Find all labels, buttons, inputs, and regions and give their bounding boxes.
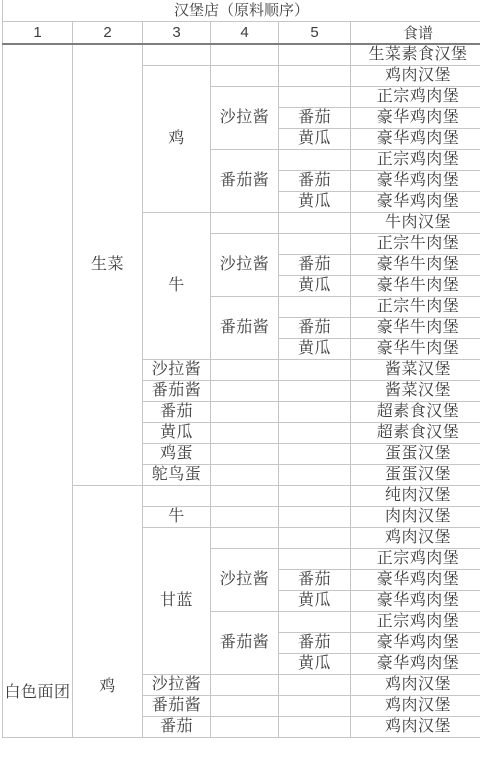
empty-cell[interactable] xyxy=(279,360,351,381)
cell-text: 豪华鸡肉堡 xyxy=(377,172,460,189)
empty-cell[interactable] xyxy=(211,213,279,234)
cell-text: 黄瓜 xyxy=(298,130,331,147)
empty-cell[interactable] xyxy=(279,423,351,444)
cell-text: 超素食汉堡 xyxy=(377,403,460,420)
empty-cell[interactable] xyxy=(211,465,279,486)
cell-text: 番茄酱 xyxy=(220,634,270,651)
cell-text: 超素食汉堡 xyxy=(377,424,460,441)
ingredient-cell[interactable]: 番茄 xyxy=(279,108,351,129)
ingredient-cell[interactable]: 牛 xyxy=(143,213,211,360)
cell-text: 酱菜汉堡 xyxy=(385,361,451,378)
cell-text: 甘蓝 xyxy=(160,592,193,609)
recipe-cell[interactable]: 超素食汉堡 xyxy=(351,402,480,423)
cell-text: 鸡 xyxy=(168,130,185,147)
empty-cell[interactable] xyxy=(211,423,279,444)
cell-text: 蛋蛋汉堡 xyxy=(385,466,451,483)
empty-cell[interactable] xyxy=(279,612,351,633)
cell-text: 豪华鸡肉堡 xyxy=(377,592,460,609)
cell-text: 沙拉酱 xyxy=(220,109,270,126)
recipe-cell[interactable]: 豪华牛肉堡 xyxy=(351,318,480,339)
cell-text: 番茄酱 xyxy=(152,697,202,714)
ingredient-cell[interactable]: 黄瓜 xyxy=(279,339,351,360)
empty-cell[interactable] xyxy=(279,444,351,465)
ingredient-cell[interactable]: 番茄 xyxy=(279,570,351,591)
recipe-cell[interactable]: 正宗牛肉堡 xyxy=(351,297,480,318)
empty-cell[interactable] xyxy=(143,44,211,66)
empty-cell[interactable] xyxy=(211,444,279,465)
ingredient-cell[interactable]: 番茄酱 xyxy=(143,381,211,402)
column-header[interactable]: 1 xyxy=(3,22,73,45)
cell-text: 番茄 xyxy=(160,718,193,735)
ingredient-cell[interactable]: 番茄酱 xyxy=(143,696,211,717)
ingredient-cell[interactable]: 鸡蛋 xyxy=(143,444,211,465)
table-header: 1 2 3 4 5 食谱 xyxy=(3,22,480,45)
empty-cell[interactable] xyxy=(211,381,279,402)
recipe-cell[interactable]: 鸡肉汉堡 xyxy=(351,717,480,738)
column-header[interactable]: 食谱 xyxy=(351,22,480,45)
cell-text: 黄瓜 xyxy=(298,340,331,357)
ingredient-cell[interactable]: 鸡 xyxy=(73,486,143,738)
cell-text: 鸡肉汉堡 xyxy=(385,718,451,735)
recipe-cell[interactable]: 豪华鸡肉堡 xyxy=(351,591,480,612)
cell-text: 番茄 xyxy=(160,403,193,420)
cell-text: 正宗鸡肉堡 xyxy=(377,151,460,168)
recipe-cell[interactable]: 鸡肉汉堡 xyxy=(351,696,480,717)
recipe-cell[interactable]: 蛋蛋汉堡 xyxy=(351,465,480,486)
column-header[interactable]: 5 xyxy=(279,22,351,45)
empty-cell[interactable] xyxy=(279,549,351,570)
ingredient-cell[interactable]: 番茄 xyxy=(279,633,351,654)
empty-cell[interactable] xyxy=(279,717,351,738)
cell-text: 豪华牛肉堡 xyxy=(377,319,460,336)
recipe-cell[interactable]: 鸡肉汉堡 xyxy=(351,66,480,87)
recipe-cell[interactable]: 牛肉汉堡 xyxy=(351,213,480,234)
sheet-title[interactable]: 汉堡店（原料顺序） xyxy=(2,0,480,21)
table-row: 鸡纯肉汉堡 xyxy=(3,486,480,507)
recipe-cell[interactable]: 正宗鸡肉堡 xyxy=(351,87,480,108)
cell-text: 番茄 xyxy=(298,172,331,189)
cell-text: 生菜素食汉堡 xyxy=(368,46,467,63)
empty-cell[interactable] xyxy=(211,44,279,66)
cell-text: 正宗牛肉堡 xyxy=(377,298,460,315)
recipe-cell[interactable]: 豪华牛肉堡 xyxy=(351,255,480,276)
empty-cell[interactable] xyxy=(211,696,279,717)
ingredient-cell[interactable]: 黄瓜 xyxy=(279,591,351,612)
cell-text: 黄瓜 xyxy=(298,592,331,609)
recipe-cell[interactable]: 豪华鸡肉堡 xyxy=(351,654,480,675)
empty-cell[interactable] xyxy=(211,675,279,696)
empty-cell[interactable] xyxy=(211,507,279,528)
cell-text: 豪华鸡肉堡 xyxy=(377,109,460,126)
cell-text: 鸵鸟蛋 xyxy=(152,466,202,483)
ingredient-cell[interactable]: 番茄 xyxy=(279,255,351,276)
cell-text: 番茄酱 xyxy=(220,319,270,336)
cell-text: 正宗牛肉堡 xyxy=(377,235,460,252)
ingredient-cell[interactable]: 番茄酱 xyxy=(211,297,279,360)
recipe-cell[interactable]: 鸡肉汉堡 xyxy=(351,675,480,696)
ingredient-cell[interactable]: 番茄 xyxy=(279,318,351,339)
ingredient-cell[interactable]: 番茄 xyxy=(143,402,211,423)
recipe-cell[interactable]: 正宗鸡肉堡 xyxy=(351,150,480,171)
recipe-cell[interactable]: 豪华鸡肉堡 xyxy=(351,129,480,150)
cell-text: 黄瓜 xyxy=(298,277,331,294)
empty-cell[interactable] xyxy=(211,402,279,423)
empty-cell[interactable] xyxy=(279,66,351,87)
empty-cell[interactable] xyxy=(143,486,211,507)
cell-text: 黄瓜 xyxy=(160,424,193,441)
recipe-cell[interactable]: 超素食汉堡 xyxy=(351,423,480,444)
burger-recipe-sheet: 汉堡店（原料顺序） 1 2 3 4 5 食谱 白色面团生菜生菜素食汉堡鸡鸡肉汉堡… xyxy=(0,0,480,757)
ingredient-cell[interactable]: 番茄 xyxy=(143,717,211,738)
cell-text: 鸡肉汉堡 xyxy=(385,529,451,546)
empty-cell[interactable] xyxy=(279,486,351,507)
cell-text: 黄瓜 xyxy=(298,655,331,672)
ingredient-cell[interactable]: 沙拉酱 xyxy=(211,234,279,297)
ingredient-cell[interactable]: 沙拉酱 xyxy=(211,549,279,612)
ingredient-cell[interactable]: 甘蓝 xyxy=(143,528,211,675)
ingredient-cell[interactable]: 黄瓜 xyxy=(279,276,351,297)
cell-text: 豪华鸡肉堡 xyxy=(377,193,460,210)
cell-text: 番茄 xyxy=(298,571,331,588)
cell-text: 生菜 xyxy=(91,256,124,273)
column-header[interactable]: 2 xyxy=(73,22,143,45)
ingredient-cell[interactable]: 番茄酱 xyxy=(211,612,279,675)
empty-cell[interactable] xyxy=(279,297,351,318)
ingredient-cell[interactable]: 牛 xyxy=(143,507,211,528)
ingredient-cell[interactable]: 鸡 xyxy=(143,66,211,213)
cell-text: 沙拉酱 xyxy=(152,676,202,693)
ingredient-cell[interactable]: 黄瓜 xyxy=(279,129,351,150)
column-header[interactable]: 4 xyxy=(211,22,279,45)
cell-text: 鸡肉汉堡 xyxy=(385,67,451,84)
empty-cell[interactable] xyxy=(279,234,351,255)
cell-text: 豪华牛肉堡 xyxy=(377,340,460,357)
empty-cell[interactable] xyxy=(279,44,351,66)
cell-text: 蛋蛋汉堡 xyxy=(385,445,451,462)
ingredient-cell[interactable]: 沙拉酱 xyxy=(143,675,211,696)
empty-cell[interactable] xyxy=(279,87,351,108)
cell-text: 豪华牛肉堡 xyxy=(377,256,460,273)
ingredient-cell[interactable]: 黄瓜 xyxy=(143,423,211,444)
ingredient-cell[interactable]: 黄瓜 xyxy=(279,192,351,213)
cell-text: 番茄 xyxy=(298,634,331,651)
ingredient-cell[interactable]: 沙拉酱 xyxy=(211,87,279,150)
recipe-cell[interactable]: 正宗鸡肉堡 xyxy=(351,612,480,633)
recipe-cell[interactable]: 豪华牛肉堡 xyxy=(351,276,480,297)
recipe-cell[interactable]: 豪华鸡肉堡 xyxy=(351,108,480,129)
cell-text: 白色面团 xyxy=(3,683,72,703)
empty-cell[interactable] xyxy=(211,66,279,87)
cell-text: 鸡肉汉堡 xyxy=(385,697,451,714)
cell-text: 番茄 xyxy=(298,319,331,336)
empty-cell[interactable] xyxy=(211,717,279,738)
ingredient-cell[interactable]: 番茄 xyxy=(279,171,351,192)
cell-text: 沙拉酱 xyxy=(220,571,270,588)
recipe-cell[interactable]: 正宗鸡肉堡 xyxy=(351,549,480,570)
cell-text: 豪华鸡肉堡 xyxy=(377,655,460,672)
recipe-cell[interactable]: 纯肉汉堡 xyxy=(351,486,480,507)
empty-cell[interactable] xyxy=(279,381,351,402)
ingredient-cell[interactable]: 沙拉酱 xyxy=(143,360,211,381)
burger-table: 1 2 3 4 5 食谱 白色面团生菜生菜素食汉堡鸡鸡肉汉堡沙拉酱正宗鸡肉堡番茄… xyxy=(2,21,480,738)
cell-text: 正宗鸡肉堡 xyxy=(377,613,460,630)
cell-text: 番茄酱 xyxy=(152,382,202,399)
recipe-cell[interactable]: 生菜素食汉堡 xyxy=(351,44,480,66)
recipe-cell[interactable]: 豪华鸡肉堡 xyxy=(351,570,480,591)
recipe-cell[interactable]: 豪华鸡肉堡 xyxy=(351,192,480,213)
cell-text: 牛 xyxy=(168,508,185,525)
cell-text: 鸡 xyxy=(73,677,142,697)
empty-cell[interactable] xyxy=(279,696,351,717)
empty-cell[interactable] xyxy=(279,528,351,549)
recipe-cell[interactable]: 肉肉汉堡 xyxy=(351,507,480,528)
table-row: 白色面团生菜生菜素食汉堡 xyxy=(3,44,480,66)
recipe-cell[interactable]: 酱菜汉堡 xyxy=(351,381,480,402)
cell-text: 鸡肉汉堡 xyxy=(385,676,451,693)
empty-cell[interactable] xyxy=(279,675,351,696)
empty-cell[interactable] xyxy=(211,486,279,507)
empty-cell[interactable] xyxy=(211,528,279,549)
ingredient-cell[interactable]: 黄瓜 xyxy=(279,654,351,675)
recipe-cell[interactable]: 豪华牛肉堡 xyxy=(351,339,480,360)
cell-text: 正宗鸡肉堡 xyxy=(377,88,460,105)
ingredient-cell[interactable]: 生菜 xyxy=(73,44,143,486)
empty-cell[interactable] xyxy=(279,150,351,171)
ingredient-cell[interactable]: 鸵鸟蛋 xyxy=(143,465,211,486)
cell-text: 豪华鸡肉堡 xyxy=(377,634,460,651)
recipe-cell[interactable]: 酱菜汉堡 xyxy=(351,360,480,381)
ingredient-cell[interactable]: 番茄酱 xyxy=(211,150,279,213)
column-header[interactable]: 3 xyxy=(143,22,211,45)
cell-text: 番茄 xyxy=(298,256,331,273)
recipe-cell[interactable]: 正宗牛肉堡 xyxy=(351,234,480,255)
cell-text: 番茄 xyxy=(298,109,331,126)
empty-cell[interactable] xyxy=(279,213,351,234)
cell-text: 豪华牛肉堡 xyxy=(377,277,460,294)
cell-text: 肉肉汉堡 xyxy=(385,508,451,525)
recipe-cell[interactable]: 豪华鸡肉堡 xyxy=(351,633,480,654)
cell-text: 豪华鸡肉堡 xyxy=(377,130,460,147)
empty-cell[interactable] xyxy=(279,465,351,486)
cell-text: 正宗鸡肉堡 xyxy=(377,550,460,567)
cell-text: 纯肉汉堡 xyxy=(385,487,451,504)
cell-text: 番茄酱 xyxy=(220,172,270,189)
empty-cell[interactable] xyxy=(279,507,351,528)
empty-cell[interactable] xyxy=(211,360,279,381)
cell-text: 牛肉汉堡 xyxy=(385,214,451,231)
recipe-cell[interactable]: 蛋蛋汉堡 xyxy=(351,444,480,465)
header-row: 1 2 3 4 5 食谱 xyxy=(3,22,480,45)
empty-cell[interactable] xyxy=(279,402,351,423)
cell-text: 豪华鸡肉堡 xyxy=(377,571,460,588)
cell-text: 黄瓜 xyxy=(298,193,331,210)
recipe-cell[interactable]: 鸡肉汉堡 xyxy=(351,528,480,549)
ingredient-cell[interactable]: 白色面团 xyxy=(3,44,73,738)
cell-text: 鸡蛋 xyxy=(160,445,193,462)
recipe-cell[interactable]: 豪华鸡肉堡 xyxy=(351,171,480,192)
cell-text: 沙拉酱 xyxy=(152,361,202,378)
cell-text: 沙拉酱 xyxy=(220,256,270,273)
cell-text: 牛 xyxy=(168,277,185,294)
cell-text: 酱菜汉堡 xyxy=(385,382,451,399)
table-body: 白色面团生菜生菜素食汉堡鸡鸡肉汉堡沙拉酱正宗鸡肉堡番茄豪华鸡肉堡黄瓜豪华鸡肉堡番… xyxy=(3,44,480,738)
